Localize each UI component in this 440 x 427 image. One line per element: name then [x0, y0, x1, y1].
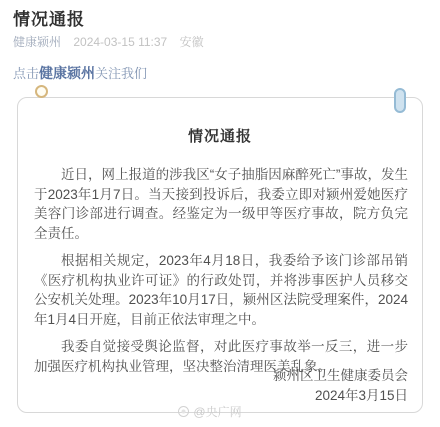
follow-banner: 点击健康颍州关注我们 — [13, 63, 147, 83]
notice-card-title: 情况通报 — [18, 125, 422, 146]
notice-card: 情况通报 近日，网上报道的涉我区“女子抽脂因麻醉死亡”事故，发生于2023年1月… — [17, 97, 423, 413]
cnr-logo-icon — [178, 406, 189, 417]
article-page: 情况通报 健康颍州 2024-03-15 11:37 安徽 点击健康颍州关注我们… — [0, 0, 440, 427]
circle-decoration-icon — [35, 85, 48, 98]
notice-signature: 颍州区卫生健康委员会 2024年3月15日 — [273, 366, 408, 405]
signature-org: 颍州区卫生健康委员会 — [273, 366, 408, 386]
watermark: @央广网 — [0, 403, 430, 420]
account-name-link[interactable]: 健康颍州 — [13, 35, 61, 49]
notice-paragraph: 根据相关规定，2023年4月18日，我委给予该门诊部吊销《医疗机构执业许可证》的… — [34, 251, 408, 329]
publish-region: 安徽 — [180, 35, 204, 49]
notice-body: 近日，网上报道的涉我区“女子抽脂因麻醉死亡”事故，发生于2023年1月7日。当天… — [34, 165, 408, 384]
follow-prefix: 点击 — [13, 66, 39, 81]
follow-account-link[interactable]: 健康颍州 — [39, 65, 95, 81]
notice-paragraph: 近日，网上报道的涉我区“女子抽脂因麻醉死亡”事故，发生于2023年1月7日。当天… — [34, 165, 408, 243]
pin-icon — [394, 88, 406, 113]
watermark-text: @央广网 — [193, 403, 241, 420]
article-title: 情况通报 — [13, 5, 85, 30]
follow-suffix: 关注我们 — [95, 66, 147, 81]
publish-datetime: 2024-03-15 11:37 — [73, 35, 167, 49]
article-meta: 健康颍州 2024-03-15 11:37 安徽 — [13, 33, 204, 50]
